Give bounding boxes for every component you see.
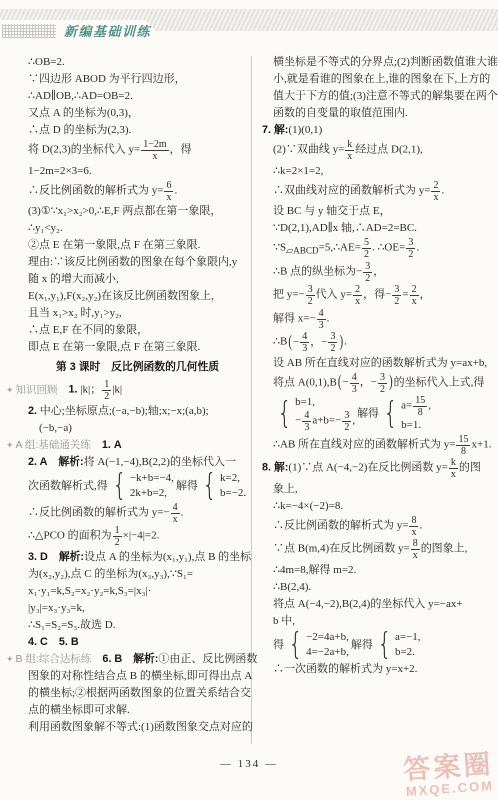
fraction-denominator: 2 [306, 296, 315, 307]
fraction-numerator: 15 [413, 395, 427, 407]
fraction: 158 [456, 434, 470, 457]
text-line: (−b,−a) [28, 420, 247, 437]
section-badge: ✦知识回顾 [6, 384, 58, 396]
text-line: 3. D 解析:设点 A 的坐标为(x₁,y₁),点 B 的坐标 [28, 549, 247, 566]
text-line: 象上, [262, 481, 492, 498]
text-line: 值大于下方的值;(3)注意不等式的解集要在两个 [262, 88, 492, 105]
equation-row: b=2. [395, 645, 421, 660]
text-line: 2. 中心;坐标原点;(−a,−b);轴;x;−x;(a,b); [28, 403, 247, 420]
section-badge: ✦A 组:基础通关练 [6, 439, 91, 451]
fraction: 32 [406, 237, 415, 260]
text-line: 将点 A(−4,−2),B(2,4)的坐标代入 y=−ax+ [262, 596, 492, 613]
fraction-numerator: 4 [302, 410, 311, 422]
text-line: ∵四边形 ABOD 为平行四边形， [28, 71, 247, 88]
fraction-numerator: 1 [113, 525, 122, 537]
fraction-denominator: 2 [328, 343, 337, 354]
badge-ornament-icon: ✦ [6, 654, 14, 664]
bold-text: 2. A [28, 456, 47, 468]
brace-icon: { [112, 471, 126, 501]
fraction: 43 [317, 308, 326, 331]
text-line: 次函数解析式,得{−k+b=−4,2k+b=2,解得{k=2,b=−2. [28, 471, 247, 502]
text-line: ✦知识回顾 1. |k|；12|k| [6, 379, 247, 402]
text-line: ✦A 组:基础通关练 1. A [6, 437, 247, 454]
right-column: 横坐标是不等式的分界点;(2)判断函数值谁大谁小,就是看谁的图象在上,谁的图象在… [262, 54, 492, 678]
text-line: ∴反比例函数的解析式为 y=6x. [28, 180, 247, 203]
equation-row: −43a+b=−32, [295, 410, 355, 433]
fraction: 12 [102, 379, 111, 402]
text-line: 把 y=−32代入 y=2x，得−32=2x， [262, 284, 492, 307]
badge-ornament-icon: ✦ [6, 385, 14, 395]
bold-text: 5. B [59, 636, 79, 648]
fraction: 6x [164, 180, 173, 203]
fraction: 32 [363, 261, 372, 284]
text-line: ∴AD∥OB,∴AD=OB=2. [28, 88, 247, 105]
fraction-denominator: 2 [392, 296, 401, 307]
fraction: 2x [353, 284, 362, 307]
fraction-denominator: 8 [413, 407, 427, 418]
section-badge: ✦B 组:综合达标练 [6, 653, 91, 665]
bold-text: 4. C [28, 636, 48, 648]
fraction-numerator: 8 [411, 538, 420, 550]
bold-text: 解析: [133, 653, 158, 665]
text-line: ∴B 点的纵坐标为−32， [262, 261, 492, 284]
text-line: 设 BC 与 y 轴交于点 E， [262, 203, 492, 220]
equation-row: b=−2. [220, 486, 246, 501]
hatch-pattern-icon [2, 24, 56, 38]
equation-row: b=1, [295, 395, 355, 410]
fraction: 12 [113, 525, 122, 548]
brace-icon: { [377, 630, 391, 660]
text-line: ∵点 B(m,4)在反比例函数 y=8x的图象上, [262, 538, 492, 561]
text-line: 将 D(2,3)的坐标代入 y=1−2mx，得 [28, 139, 247, 162]
fraction: 1−2mx [141, 139, 168, 162]
fraction: 8x [409, 515, 418, 538]
header-title: 新编基础训练 [64, 21, 151, 40]
fraction-numerator: k [345, 139, 354, 151]
fraction-numerator: 2 [431, 180, 440, 192]
text-line: 8. 解:(1)∵点 A(−4,−2)在反比例函数 y=kx的图 [262, 457, 492, 480]
text-line: ∴k=−4×(−2)=8. [262, 498, 492, 515]
text-line: 理由:∵该反比例函数的图象在每个象限内,y [28, 254, 247, 271]
fraction-denominator: x [164, 192, 173, 203]
text-line: 4. C 5. B [28, 634, 247, 651]
text-line: (3)①∵x₁>x₂>0,∴E,F 两点都在第一象限， [28, 203, 247, 220]
fraction-numerator: 8 [409, 515, 418, 527]
fraction: 2x [410, 284, 419, 307]
fraction-denominator: x [411, 550, 420, 561]
text-line: (2)∵双曲线 y=kx经过点 D(2,1), [262, 139, 492, 162]
fraction: 32 [378, 372, 387, 395]
bold-text: 第 3 课时 反比例函数的几何性质 [56, 361, 219, 373]
text-line: ∴反比例函数的解析式为 y=8x. [262, 515, 492, 538]
workbook-answer-page: 新编基础训练 ∴OB=2.∵四边形 ABOD 为平行四边形，∴AD∥OB,∴AD… [0, 0, 498, 800]
fraction-numerator: 2 [410, 284, 419, 296]
fraction: 32 [328, 331, 337, 354]
equation-row: a=158, [401, 395, 431, 418]
bold-text: 6. B [102, 653, 122, 665]
text-line: 7. 解:(1)(0,1) [262, 122, 492, 139]
fraction-denominator: x [431, 192, 440, 203]
text-line: ∴4m=8,解得 m=2. [262, 562, 492, 579]
text-line: ∴S₁=S₂=S₃.故选 D. [28, 617, 247, 634]
brace-icon: { [288, 630, 302, 660]
fraction-numerator: 15 [456, 434, 470, 446]
text-line: ∴一次函数的解析式为 y=x+2. [262, 661, 492, 678]
fraction-numerator: 3 [406, 237, 415, 249]
equation-rows: b=1,−43a+b=−32, [295, 395, 355, 433]
fraction: 4x [171, 502, 180, 525]
fraction-numerator: 4 [171, 502, 180, 514]
bold-text: 8. 解: [262, 462, 288, 474]
bold-text: 2. [28, 405, 37, 417]
text-line: ②点 E 在第一象限,点 F 在第三象限. [28, 237, 247, 254]
equation-row: 4=−2a+b, [306, 645, 349, 660]
text-line: 1−2m=2×3=6. [28, 163, 247, 180]
fraction: 52 [362, 237, 371, 260]
bold-text: 3. D [28, 551, 48, 563]
fraction-numerator: 1 [102, 379, 111, 391]
fraction-numerator: 3 [342, 410, 351, 422]
text-line: ∴点 D 的坐标为(2,3). [28, 122, 247, 139]
equation-system: {−2=4a+b,4=−2a+b, [286, 630, 349, 661]
text-line: ∵S▱ABCD=5,∴AE=52. ∴OE=32. [262, 237, 492, 260]
fraction: 43 [302, 410, 311, 433]
equation-row: b=1. [401, 418, 431, 433]
bold-text: 7. 解: [262, 124, 288, 136]
equation-system: {k=2,b=−2. [200, 471, 246, 502]
badge-ornament-icon: ✦ [6, 440, 14, 450]
brace-icon: { [383, 399, 397, 429]
text-line: 横坐标是不等式的分界点;(2)判断函数值谁大谁 [262, 54, 492, 71]
text-line: 随 x 的增大而减小, [28, 271, 247, 288]
equation-system: {b=1,−43a+b=−32, [275, 395, 355, 433]
fraction-denominator: x [353, 296, 362, 307]
text-line: 又点 A 的坐标为(0,3)， [28, 105, 247, 122]
left-paren-icon: ( [338, 369, 342, 395]
fraction-denominator: 2 [102, 391, 111, 402]
column-divider [251, 56, 252, 744]
equation-system: {a=158,b=1. [381, 395, 431, 433]
fraction-denominator: x [141, 151, 168, 162]
fraction-denominator: 3 [317, 320, 326, 331]
fraction-denominator: 3 [300, 343, 309, 354]
fraction-denominator: 2 [363, 273, 372, 284]
fraction-numerator: 4 [350, 372, 359, 384]
right-paren-icon: ) [339, 329, 343, 355]
text-line: 图象的对称性结合点 B 的横坐标,即可得出点 A [28, 668, 247, 685]
subscript: ▱ABCD [286, 246, 318, 256]
text-line: ∴△PCO 的面积为12×|−4|=2. [28, 525, 247, 548]
text-line: ∴B(−43，−32). [262, 331, 492, 354]
text-line: 点的横坐标即可求解. [28, 702, 247, 719]
equation-row: −2=4a+b, [306, 630, 349, 645]
text-line: ∴双曲线对应的函数解析式为 y=2x. [262, 180, 492, 203]
text-line: ∴k=2×1=2, [262, 163, 492, 180]
fraction-numerator: 3 [306, 284, 315, 296]
fraction-numerator: 5 [362, 237, 371, 249]
text-line: 利用函数图象解不等式:(1)函数图象交点对应的 [28, 719, 247, 736]
big-parens: (−43，−32) [337, 376, 394, 388]
fraction: 32 [306, 284, 315, 307]
equation-system: {−k+b=−4,2k+b=2, [110, 471, 174, 502]
fraction: 8x [411, 538, 420, 561]
equation-system: {a=−1,b=2. [375, 630, 421, 661]
left-column: ∴OB=2.∵四边形 ABOD 为平行四边形，∴AD∥OB,∴AD=OB=2.又… [28, 54, 247, 736]
equation-rows: −k+b=−4,2k+b=2, [130, 471, 174, 502]
left-paren-icon: ( [288, 329, 292, 355]
bold-text: 1. [69, 384, 78, 396]
fraction-denominator: 2 [342, 422, 351, 433]
fraction: 43 [300, 331, 309, 354]
text-line: 设 AB 所在直线对应的函数解析式为 y=ax+b, [262, 355, 492, 372]
bold-text: 解析: [58, 456, 83, 468]
fraction-numerator: 3 [363, 261, 372, 273]
fraction-numerator: 4 [300, 331, 309, 343]
text-line: 的横坐标;②根据两函数图象的位置关系结合交 [28, 685, 247, 702]
text-line: {b=1,−43a+b=−32,解得{a=158,b=1. [262, 395, 492, 433]
fraction-denominator: x [345, 151, 354, 162]
text-line: x₁·y₁=k,S₂=x₂·y₂=k,S₃=|x₃|· [28, 583, 247, 600]
fraction: 2x [431, 180, 440, 203]
fraction-denominator: x [449, 469, 458, 480]
big-parens: (−43，−32) [287, 336, 344, 348]
equation-row: k=2, [220, 471, 246, 486]
fraction-numerator: 1−2m [141, 139, 168, 151]
fraction-denominator: 2 [362, 249, 371, 260]
text-line: ∴OB=2. [28, 54, 247, 71]
equation-row: a=−1, [395, 630, 421, 645]
text-line: 即点 E 在第一象限,点 F 在第三象限. [28, 339, 247, 356]
fraction-denominator: 8 [456, 446, 470, 457]
watermark: 答案圈 MXQE.COM [403, 751, 496, 799]
text-line: 小,就是看谁的图象在上,谁的图象在下,上方的 [262, 71, 492, 88]
fraction: 158 [413, 395, 427, 418]
text-line: |y₃|=x₃·y₃=k, [28, 600, 247, 617]
brace-icon: { [277, 399, 291, 429]
fraction-denominator: 3 [302, 422, 311, 433]
text-line: ∴B(2,4). [262, 579, 492, 596]
equation-rows: a=−1,b=2. [395, 630, 421, 661]
fraction-denominator: x [409, 527, 418, 538]
fraction: kx [449, 457, 458, 480]
text-line: 为(x₂,y₂),点 C 的坐标为(x₃,y₃),∵S₁= [28, 566, 247, 583]
text-line: 函数的自变量的取值范围内. [262, 105, 492, 122]
text-line: 将点 A(0,1),B(−43，−32)的坐标代入上式,得 [262, 372, 492, 395]
text-line: ∵D(2,1),AD∥x 轴,∴AD=2=BC. [262, 220, 492, 237]
right-paren-icon: ) [389, 369, 393, 395]
text-line: ∴AB 所在直线对应的函数解析式为 y=158x+1. [262, 434, 492, 457]
equation-row: 2k+b=2, [130, 486, 174, 501]
fraction-denominator: 2 [113, 537, 122, 548]
brace-icon: { [202, 471, 216, 501]
fraction: kx [345, 139, 354, 162]
equation-rows: −2=4a+b,4=−2a+b, [306, 630, 349, 661]
bold-text: 1. A [102, 439, 122, 451]
text-line: 解得 x=−43. [262, 308, 492, 331]
fraction: 32 [392, 284, 401, 307]
equation-rows: k=2,b=−2. [220, 471, 246, 502]
fraction-denominator: x [410, 296, 419, 307]
text-line: ∴y₁<y₂. [28, 220, 247, 237]
equation-rows: a=158,b=1. [401, 395, 431, 433]
fraction-numerator: 6 [164, 180, 173, 192]
fraction-denominator: 2 [406, 249, 415, 260]
fraction-numerator: 4 [317, 308, 326, 320]
fraction-numerator: 3 [328, 331, 337, 343]
fraction: 43 [350, 372, 359, 395]
fraction-numerator: 3 [392, 284, 401, 296]
bold-text: 解析: [59, 551, 84, 563]
text-line: 得{−2=4a+b,4=−2a+b,解得{a=−1,b=2. [262, 630, 492, 661]
text-line: E(x₁,y₁),F(x₂,y₂)在该反比例函数图象上, [28, 288, 247, 305]
fraction-denominator: 2 [378, 384, 387, 395]
section-title: 第 3 课时 反比例函数的几何性质 [28, 359, 247, 376]
fraction-numerator: 2 [353, 284, 362, 296]
text-line: ∴点 E,F 在不同的象限， [28, 322, 247, 339]
text-line: 且当 x₁>x₂ 时,y₁>y₂, [28, 305, 247, 322]
fraction-numerator: k [449, 457, 458, 469]
fraction-numerator: 3 [378, 372, 387, 384]
equation-row: −k+b=−4, [130, 471, 174, 486]
fraction: 32 [342, 410, 351, 433]
text-line: ∴反比例函数的解析式为 y=−4x. [28, 502, 247, 525]
fraction-denominator: 3 [350, 384, 359, 395]
text-line: ✦B 组:综合达标练 6. B 解析:①由正、反比例函数 [6, 651, 247, 668]
fraction-denominator: x [171, 514, 180, 525]
